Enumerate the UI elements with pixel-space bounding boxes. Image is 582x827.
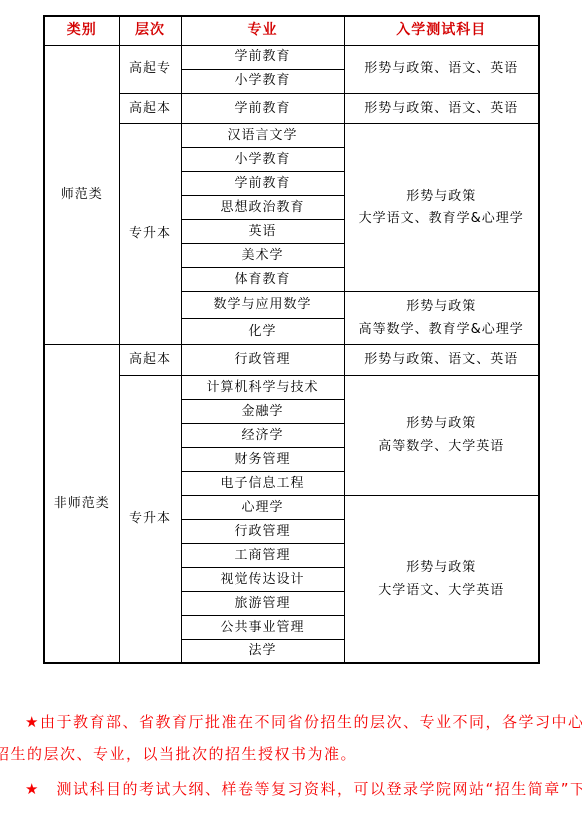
major-cell: 小学教育 <box>181 69 344 93</box>
subjects-line: 形势与政策 <box>345 416 539 432</box>
subjects-line: 形势与政策、语文、英语 <box>345 61 539 77</box>
major-cell: 美术学 <box>181 244 344 268</box>
major-cell: 金融学 <box>181 399 344 423</box>
subjects-cell: 形势与政策高等数学、大学英语 <box>344 375 539 495</box>
major-cell: 化学 <box>181 318 344 345</box>
major-cell: 行政管理 <box>181 519 344 543</box>
major-cell: 电子信息工程 <box>181 471 344 495</box>
header-cell-3: 入学测试科目 <box>344 16 539 45</box>
major-cell: 财务管理 <box>181 447 344 471</box>
table-row: 师范类高起专学前教育形势与政策、语文、英语 <box>44 45 539 69</box>
subjects-line: 高等数学、大学英语 <box>345 439 539 455</box>
major-cell: 心理学 <box>181 495 344 519</box>
table-body: 师范类高起专学前教育形势与政策、语文、英语小学教育高起本学前教育形势与政策、语文… <box>44 45 539 663</box>
notes: ★由于教育部、省教育厅批准在不同省份招生的层次、专业不同，各学习中心具体可招生的… <box>0 706 582 805</box>
subjects-line: 形势与政策 <box>345 189 539 205</box>
level-cell: 专升本 <box>119 375 181 663</box>
major-cell: 法学 <box>181 639 344 663</box>
table-header-row: 类别层次专业入学测试科目 <box>44 16 539 45</box>
header-cell-1: 层次 <box>119 16 181 45</box>
major-cell: 视觉传达设计 <box>181 567 344 591</box>
subjects-line: 高等数学、教育学&心理学 <box>345 322 539 338</box>
major-cell: 英语 <box>181 220 344 244</box>
subjects-cell: 形势与政策高等数学、教育学&心理学 <box>344 292 539 345</box>
admission-table: 类别层次专业入学测试科目 师范类高起专学前教育形势与政策、语文、英语小学教育高起… <box>43 15 540 664</box>
major-cell: 汉语言文学 <box>181 124 344 148</box>
major-cell: 学前教育 <box>181 45 344 69</box>
level-cell: 高起专 <box>119 45 181 93</box>
header-cell-2: 专业 <box>181 16 344 45</box>
level-cell: 高起本 <box>119 345 181 376</box>
subjects-line: 大学语文、大学英语 <box>345 583 539 599</box>
level-cell: 专升本 <box>119 124 181 345</box>
table-row: 专升本计算机科学与技术形势与政策高等数学、大学英语 <box>44 375 539 399</box>
subjects-line: 形势与政策、语文、英语 <box>345 101 539 117</box>
subjects-cell: 形势与政策、语文、英语 <box>344 45 539 93</box>
header-cell-0: 类别 <box>44 16 119 45</box>
category-cell: 非师范类 <box>44 345 119 664</box>
major-cell: 行政管理 <box>181 345 344 376</box>
major-cell: 工商管理 <box>181 543 344 567</box>
major-cell: 小学教育 <box>181 148 344 172</box>
major-cell: 学前教育 <box>181 93 344 124</box>
major-cell: 旅游管理 <box>181 591 344 615</box>
category-cell: 师范类 <box>44 45 119 345</box>
note-paragraph: ★由于教育部、省教育厅批准在不同省份招生的层次、专业不同，各学习中心具体可招生的… <box>0 706 582 770</box>
subjects-line: 形势与政策 <box>345 560 539 576</box>
subjects-cell: 形势与政策大学语文、大学英语 <box>344 495 539 663</box>
subjects-cell: 形势与政策、语文、英语 <box>344 93 539 124</box>
major-cell: 数学与应用数学 <box>181 292 344 319</box>
major-cell: 思想政治教育 <box>181 196 344 220</box>
major-cell: 公共事业管理 <box>181 615 344 639</box>
table-row: 非师范类高起本行政管理形势与政策、语文、英语 <box>44 345 539 376</box>
subjects-cell: 形势与政策、语文、英语 <box>344 345 539 376</box>
subjects-line: 形势与政策 <box>345 299 539 315</box>
subjects-line: 大学语文、教育学&心理学 <box>345 211 539 227</box>
note-paragraph: ★ 测试科目的考试大纲、样卷等复习资料，可以登录学院网站“招生简章”下载。 <box>0 773 582 805</box>
note-line: ★ 测试科目的考试大纲、样卷等复习资料，可以登录学院网站“招生简章”下载。 <box>0 773 582 805</box>
level-cell: 高起本 <box>119 93 181 124</box>
major-cell: 学前教育 <box>181 172 344 196</box>
major-cell: 计算机科学与技术 <box>181 375 344 399</box>
table-row: 高起本学前教育形势与政策、语文、英语 <box>44 93 539 124</box>
major-cell: 体育教育 <box>181 268 344 292</box>
note-line: ★由于教育部、省教育厅批准在不同省份招生的层次、专业不同，各学习中心具体可 <box>0 706 582 738</box>
table-row: 专升本汉语言文学形势与政策大学语文、教育学&心理学 <box>44 124 539 148</box>
major-cell: 经济学 <box>181 423 344 447</box>
subjects-cell: 形势与政策大学语文、教育学&心理学 <box>344 124 539 292</box>
note-line: 招生的层次、专业，以当批次的招生授权书为准。 <box>0 738 582 770</box>
subjects-line: 形势与政策、语文、英语 <box>345 352 539 368</box>
